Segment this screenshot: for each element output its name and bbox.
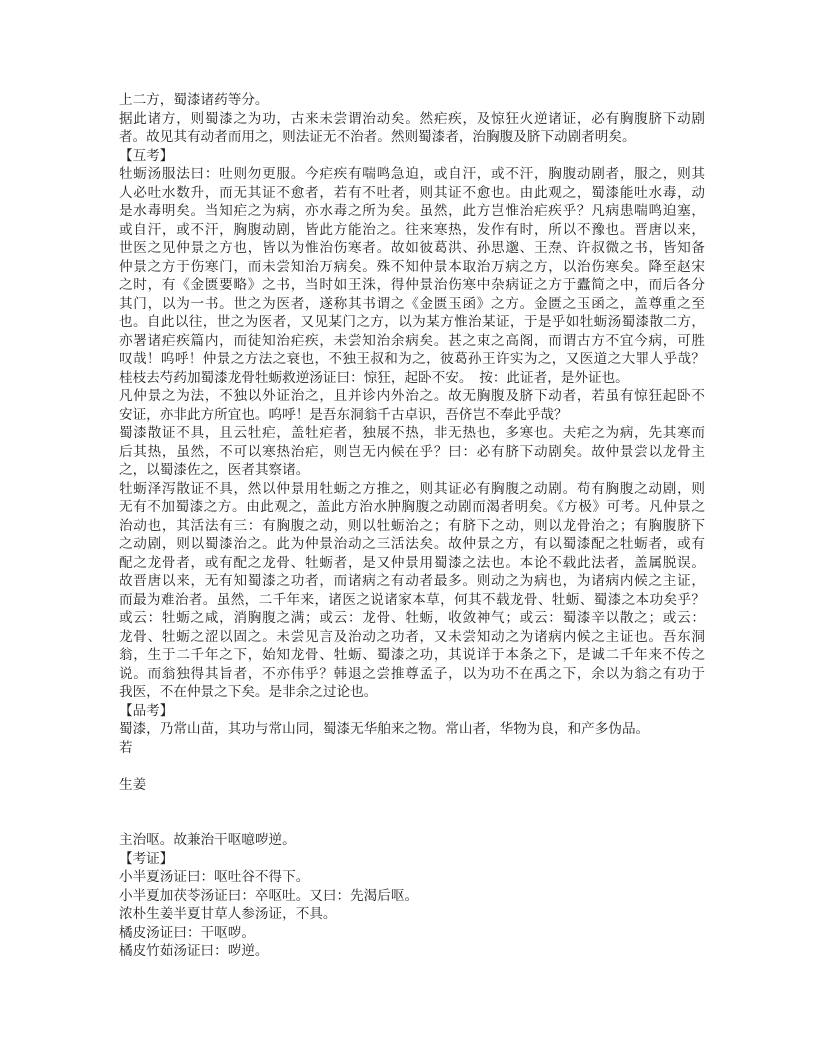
text-line: 小半夏加茯苓汤证曰：卒呕吐。又曰：先渴后呕。 xyxy=(119,887,705,906)
text-line: 之动剧，则以蜀漆治之。此为仲景治动之三活法矣。故仲景之方，有以蜀漆配之牡蛎者，或… xyxy=(119,535,705,554)
text-line: 浓朴生姜半夏甘草人参汤证，不具。 xyxy=(119,905,705,924)
text-line: 安证，亦非此方所宜也。呜呼！是吾东洞翁千古卓识，吾侪岂不奉此乎哉？ xyxy=(119,406,705,425)
text-line: 主治呕。故兼治干呕噫哕逆。 xyxy=(119,831,705,850)
blank-line xyxy=(119,794,705,813)
text-line: 也。自此以往，世之为医者，又见某门之方，以为某方惟治某证，于是乎如牡蛎汤蜀漆散二… xyxy=(119,313,705,332)
text-line: 或自汗，或不汗，胸腹动剧，皆此方能治之。往来寒热，发作有时，所以不豫也。晋唐以来… xyxy=(119,221,705,240)
text-line: 蜀漆散证不具，且云牡疟，盖牡疟者，独展不热，非无热也，多寒也。夫疟之为病，先其寒… xyxy=(119,424,705,443)
text-line: 而最为难治者。虽然，二千年来，诸医之说诸家本草，何其不载龙骨、牡蛎、蜀漆之本功矣… xyxy=(119,591,705,610)
text-line: 人必吐水数升，而无其证不愈者，若有不吐者，则其证不愈也。由此观之，蜀漆能吐水毒，… xyxy=(119,184,705,203)
text-line: 亦署诸疟疾篇内，而徒知治疟疾，未尝知治余病矣。甚之束之高阁，而谓古方不宜今病，可… xyxy=(119,332,705,351)
text-line: 龙骨、牡蛎之涩以固之。未尝见言及治动之功者，又未尝知动之为诸病内候之主证也。吾东… xyxy=(119,628,705,647)
text-line: 之，以蜀漆佐之，医者其察诸。 xyxy=(119,461,705,480)
text-line: 其门，以为一书。世之为医者，遂称其书谓之《金匮玉函》之方。金匮之玉函之，盖尊重之… xyxy=(119,295,705,314)
text-line: 或云：牡蛎之咸，消胸腹之满；或云：龙骨、牡蛎，收敛神气；或云：蜀漆辛以散之；或云… xyxy=(119,609,705,628)
text-line: 叹哉！呜呼！仲景之方法之衰也，不独王叔和为之，彼葛孙王许实为之，又医道之大罪人乎… xyxy=(119,350,705,369)
text-line: 凡仲景之为法，不独以外证治之，且并诊内外治之。故无胸腹及脐下动者，若虽有惊狂起卧… xyxy=(119,387,705,406)
text-line: 说。而翁独得其旨者，不亦伟乎？韩退之尝推尊孟子，以为功不在禹之下，余以为翁之有功… xyxy=(119,665,705,684)
section-heading: 【互考】 xyxy=(119,147,705,166)
text-line: 牡蛎汤服法曰：吐则勿更服。今疟疾有喘鸣急迫，或自汗，或不汗，胸腹动剧者，服之，则… xyxy=(119,165,705,184)
text-line: 者。故见其有动者而用之，则法证无不治者。然则蜀漆者，治胸腹及脐下动剧者明矣。 xyxy=(119,128,705,147)
drug-name-heading: 生姜 xyxy=(119,776,705,795)
text-line: 世医之见仲景之方也，皆以为惟治伤寒者。故如彼葛洪、孙思邈、王焘、许叔微之书，皆知… xyxy=(119,239,705,258)
text-line: 牡蛎泽泻散证不具，然以仲景用牡蛎之方推之，则其证必有胸腹之动剧。苟有胸腹之动剧，… xyxy=(119,480,705,499)
text-column: 上二方，蜀漆诸药等分。据此诸方，则蜀漆之为功，古来未尝谓治动矣。然疟疾，及惊狂火… xyxy=(119,91,705,961)
text-line: 小半夏汤证曰：呕吐谷不得下。 xyxy=(119,868,705,887)
section-heading: 【考证】 xyxy=(119,850,705,869)
text-line: 蜀漆，乃常山苗，其功与常山同，蜀漆无华舶来之物。常山者，华物为良，和产多伪品。 xyxy=(119,720,705,739)
text-line: 桂枝去芍药加蜀漆龙骨牡蛎救逆汤证曰：惊狂，起卧不安。 按：此证者，是外证也。 xyxy=(119,369,705,388)
section-heading: 【品考】 xyxy=(119,702,705,721)
blank-line xyxy=(119,757,705,776)
text-line: 橘皮竹茹汤证曰：哕逆。 xyxy=(119,942,705,961)
text-line: 配之龙骨者，或有配之龙骨、牡蛎者，是又仲景用蜀漆之法也。本论不载此法者，盖属脱误… xyxy=(119,554,705,573)
text-line: 橘皮汤证曰：干呕哕。 xyxy=(119,924,705,943)
text-line: 之时，有《金匮要略》之书，当时如王洙，得仲景治伤寒中杂病证之方于蠹简之中，而后各… xyxy=(119,276,705,295)
text-line: 仲景之方于伤寒门，而未尝知治万病矣。殊不知仲景本取治万病之方，以治伤寒矣。降至赵… xyxy=(119,258,705,277)
document-page: 上二方，蜀漆诸药等分。据此诸方，则蜀漆之为功，古来未尝谓治动矣。然疟疾，及惊狂火… xyxy=(0,0,816,1056)
text-line: 上二方，蜀漆诸药等分。 xyxy=(119,91,705,110)
text-line: 后其热，虽然，不可以寒热治疟，则岂无内候在乎？曰：必有脐下动剧矣。故仲景尝以龙骨… xyxy=(119,443,705,462)
text-line: 治动也，其活法有三：有胸腹之动，则以牡蛎治之；有脐下之动，则以龙骨治之；有胸腹脐… xyxy=(119,517,705,536)
blank-line xyxy=(119,813,705,832)
text-line: 我医，不在仲景之下矣。是非余之过论也。 xyxy=(119,683,705,702)
text-line: 是水毒明矣。当知疟之为病，亦水毒之所为矣。虽然，此方岂惟治疟疾乎？凡病患喘鸣迫塞… xyxy=(119,202,705,221)
text-line: 据此诸方，则蜀漆之为功，古来未尝谓治动矣。然疟疾，及惊狂火逆诸证，必有胸腹脐下动… xyxy=(119,110,705,129)
text-line: 故晋唐以来，无有知蜀漆之功者，而诸病之有动者最多。则动之为病也，为诸病内候之主证… xyxy=(119,572,705,591)
text-line: 无有不加蜀漆之方。由此观之，盖此方治水肿胸腹之动剧而渴者明矣。《方极》可考。凡仲… xyxy=(119,498,705,517)
text-line: 若 xyxy=(119,739,705,758)
text-line: 翁，生于二千年之下，始知龙骨、牡蛎、蜀漆之功，其说详于本条之下，是诚二千年来不传… xyxy=(119,646,705,665)
